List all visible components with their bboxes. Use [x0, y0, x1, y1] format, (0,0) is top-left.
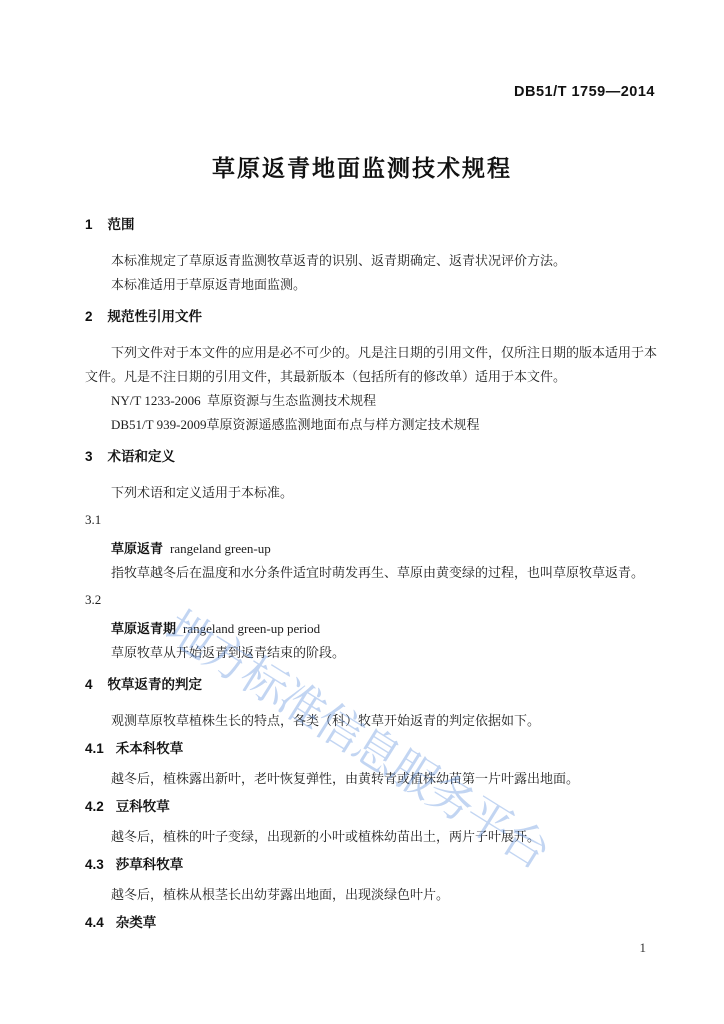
section-number: 4.1	[85, 741, 104, 756]
document-body: 1范围本标准规定了草原返青监测牧草返青的识别、返青期确定、返青状况评价方法。本标…	[85, 205, 657, 941]
section-title: 杂类草	[116, 915, 157, 930]
section-heading: 4.2豆科牧草	[85, 795, 657, 819]
section-number: 1	[85, 217, 93, 232]
section-title: 豆科牧草	[116, 799, 170, 814]
standard-number: DB51/T 1759—2014	[514, 84, 655, 100]
paragraph: 越冬后，植株露出新叶，老叶恢复弹性，由黄转青或植株幼苗第一片叶露出地面。	[85, 767, 657, 791]
section-title: 术语和定义	[108, 449, 176, 464]
section-title: 规范性引用文件	[108, 309, 203, 324]
section-title: 莎草科牧草	[116, 857, 184, 872]
section-heading: 4.3莎草科牧草	[85, 853, 657, 877]
paragraph: 下列文件对于本文件的应用是必不可少的。凡是注日期的引用文件，仅所注日期的版本适用…	[85, 341, 657, 389]
paragraph: 越冬后，植株的叶子变绿，出现新的小叶或植株幼苗出土，两片子叶展开。	[85, 825, 657, 849]
section-heading: 1范围	[85, 213, 657, 237]
section-heading: 2规范性引用文件	[85, 305, 657, 329]
section-number: 4.2	[85, 799, 104, 814]
paragraph: 观测草原牧草植株生长的特点，各类（科）牧草开始返青的判定依据如下。	[85, 709, 657, 733]
term-definition: 指牧草越冬后在温度和水分条件适宜时萌发再生、草原由黄变绿的过程，也叫草原牧草返青…	[111, 561, 657, 585]
document-page: DB51/T 1759—2014 草原返青地面监测技术规程 地方标准信息服务平台…	[0, 0, 724, 1024]
section-number: 4.3	[85, 857, 104, 872]
section-number: 4	[85, 677, 93, 692]
term-chinese: 草原返青期	[111, 621, 176, 636]
term-definition: 草原牧草从开始返青到返青结束的阶段。	[111, 641, 657, 665]
term-chinese: 草原返青	[111, 541, 163, 556]
paragraph: NY/T 1233-2006 草原资源与生态监测技术规程	[85, 389, 657, 413]
paragraph: 本标准适用于草原返青地面监测。	[85, 273, 657, 297]
section-heading: 4.1禾本科牧草	[85, 737, 657, 761]
paragraph: 本标准规定了草原返青监测牧草返青的识别、返青期确定、返青状况评价方法。	[85, 249, 657, 273]
paragraph: 越冬后，植株从根茎长出幼芽露出地面，出现淡绿色叶片。	[85, 883, 657, 907]
term-english: rangeland green-up period	[183, 621, 320, 636]
section-heading: 3术语和定义	[85, 445, 657, 469]
term-line: 草原返青期rangeland green-up period	[111, 617, 657, 641]
section-heading: 4.4杂类草	[85, 911, 657, 935]
section-title: 禾本科牧草	[116, 741, 184, 756]
term-block: 草原返青rangeland green-up指牧草越冬后在温度和水分条件适宜时萌…	[85, 537, 657, 585]
term-block: 草原返青期rangeland green-up period草原牧草从开始返青到…	[85, 617, 657, 665]
clause-number: 3.2	[85, 588, 657, 612]
paragraph: DB51/T 939-2009草原资源遥感监测地面布点与样方测定技术规程	[85, 413, 657, 437]
section-title: 牧草返青的判定	[108, 677, 203, 692]
section-number: 2	[85, 309, 93, 324]
clause-number: 3.1	[85, 508, 657, 532]
section-number: 3	[85, 449, 93, 464]
paragraph: 下列术语和定义适用于本标准。	[85, 481, 657, 505]
section-number: 4.4	[85, 915, 104, 930]
term-english: rangeland green-up	[170, 541, 271, 556]
document-title: 草原返青地面监测技术规程	[0, 150, 724, 183]
term-line: 草原返青rangeland green-up	[111, 537, 657, 561]
section-heading: 4牧草返青的判定	[85, 673, 657, 697]
section-title: 范围	[108, 217, 135, 232]
page-number: 1	[640, 936, 647, 960]
